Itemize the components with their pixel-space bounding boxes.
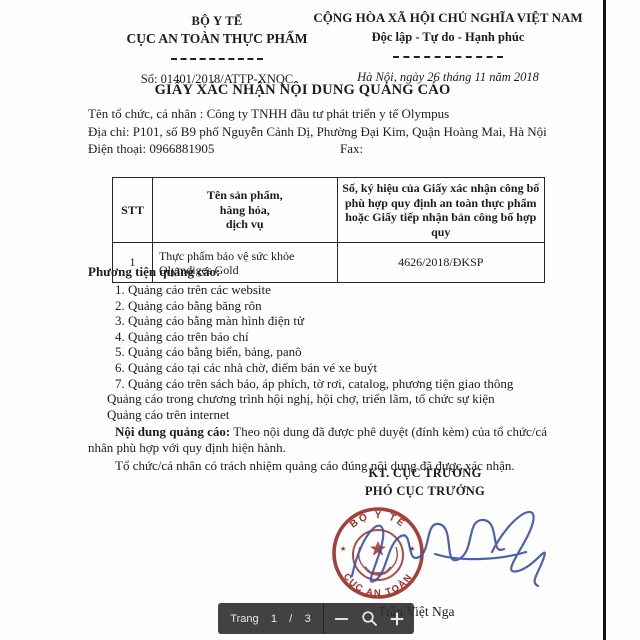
media-heading: Phương tiện quảng cáo: [88,264,220,280]
scan-edge-line [603,0,606,640]
organization-info: Tên tổ chức, cá nhân : Công ty TNHH đầu … [88,105,560,158]
header-separator-left [171,58,263,60]
page-indicator[interactable]: Trang 1 / 3 [218,603,324,634]
page-title: GIẤY XÁC NHẬN NỘI DUNG QUẢNG CÁO [0,82,605,99]
organization-name-line: Tên tổ chức, cá nhân : Công ty TNHH đầu … [88,105,560,123]
fax-line: Fax: [340,140,363,158]
list-item: 5. Quảng cáo bằng biển, bảng, panô [115,344,575,360]
table-header-row: STT Tên sản phẩm, hàng hóa, dịch vụ Số, … [113,178,545,243]
content-label: Nội dung quảng cáo: [115,424,230,439]
header-separator-right [393,56,503,58]
list-item: 2. Quảng cáo bằng băng rôn [115,298,575,314]
zoom-controls [324,603,414,634]
header-cert-number: Số, ký hiệu của Giấy xác nhận công bố ph… [337,178,544,243]
list-item: 3. Quảng cáo bằng màn hình điện tử [115,313,575,329]
zoom-in-button[interactable] [386,608,408,630]
viewer-toolbar: Trang 1 / 3 [218,603,414,634]
media-list: 1. Quảng cáo trên các website 2. Quảng c… [115,282,575,422]
national-title: CỘNG HÒA XÃ HỘI CHỦ NGHĨA VIỆT NAM [298,10,598,26]
handwritten-signature [340,494,568,602]
header-product: Tên sản phẩm, hàng hóa, dịch vụ [152,178,337,243]
national-motto: Độc lập - Tự do - Hạnh phúc [298,30,598,45]
phone-line: Điện thoại: 0966881905 [88,140,340,158]
zoom-out-button[interactable] [330,608,352,630]
list-item: 1. Quảng cáo trên các website [115,282,575,298]
current-page: 1 [271,613,277,625]
header-national-motto: CỘNG HÒA XÃ HỘI CHỦ NGHĨA VIỆT NAM Độc l… [298,10,598,85]
zoom-button[interactable] [358,608,380,630]
cell-cert-number: 4626/2018/ĐKSP [337,243,544,283]
list-item: Quảng cáo trên internet [107,407,575,423]
list-item: 4. Quảng cáo trên báo chí [115,329,575,345]
signer-title-1: KT. CỤC TRƯỞNG [300,466,550,481]
zoom-icon [361,610,378,627]
address-line: Địa chỉ: P101, số B9 phố Nguyễn Cảnh Dị,… [88,123,560,141]
content-paragraph: Nội dung quảng cáo: Theo nội dung đã đượ… [88,424,566,456]
page-label: Trang [230,613,258,625]
minus-icon [335,618,348,620]
total-pages: 3 [305,613,311,625]
list-item: 6. Quảng cáo tại các nhà chờ, điểm bán v… [115,360,575,376]
list-item: 7. Quảng cáo trên sách báo, áp phích, tờ… [115,376,575,392]
list-item: Quảng cáo trong chương trình hội nghị, h… [107,391,575,407]
plus-icon [390,612,404,626]
document-page: BỘ Y TẾ CỤC AN TOÀN THỰC PHẨM Số: 01401/… [0,0,640,640]
header-stt: STT [113,178,153,243]
page-separator: / [289,613,292,625]
